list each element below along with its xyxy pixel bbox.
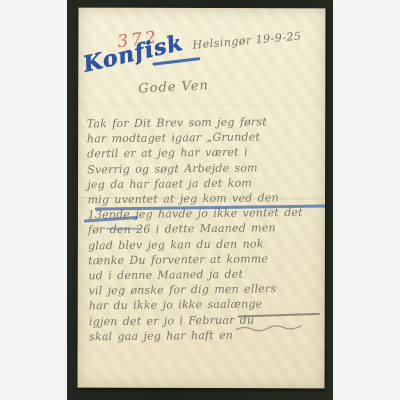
letter-paper: 372 Konfisk Helsingør 19-9-25 Gode Ven T… [78,8,326,389]
salutation: Gode Ven [138,78,209,96]
paper-fold-crease [78,104,325,107]
censor-blue-strike-faint [106,228,142,230]
photo-background: 372 Konfisk Helsingør 19-9-25 Gode Ven T… [0,0,400,400]
dateline: Helsingør 19-9-25 [192,30,302,52]
photo-dark-mount: 372 Konfisk Helsingør 19-9-25 Gode Ven T… [67,0,333,400]
